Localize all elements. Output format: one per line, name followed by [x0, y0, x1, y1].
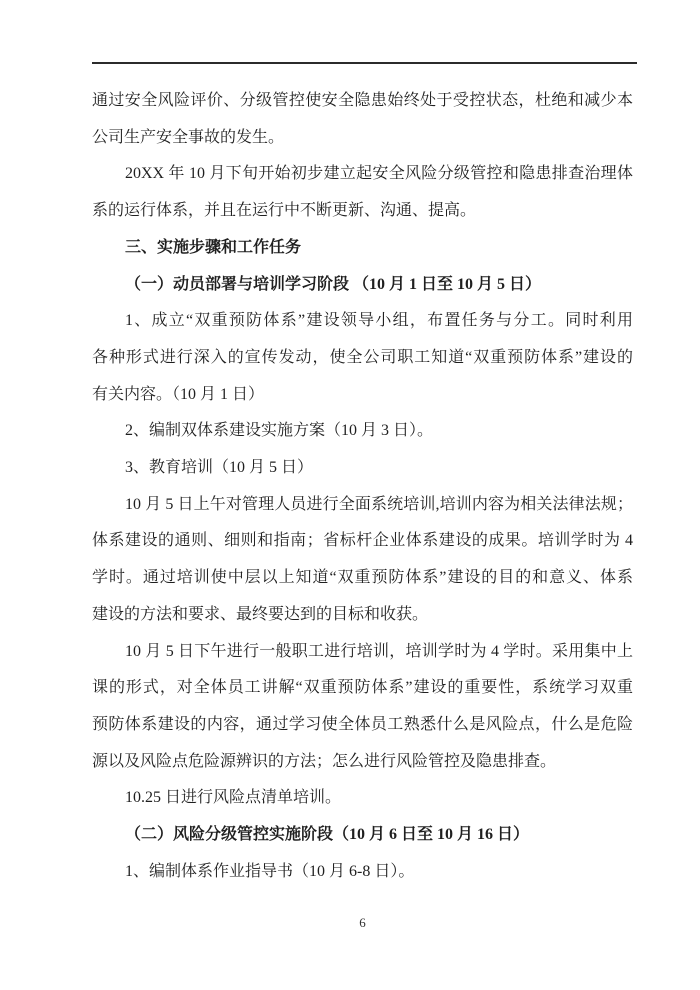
text-line: 源以及风险点危险源辨识的方法；怎么进行风险管控及隐患排查。 — [92, 744, 633, 781]
text-line: （二）风险分级管控实施阶段（10 月 6 日至 10 月 16 日） — [92, 817, 633, 854]
text-line: 系的运行体系，并且在运行中不断更新、沟通、提高。 — [92, 193, 633, 230]
header-rule — [92, 62, 637, 64]
text-line: 3、教育培训（10 月 5 日） — [92, 450, 633, 487]
text-line: 10.25 日进行风险点清单培训。 — [92, 780, 633, 817]
text-line: 课的形式，对全体员工讲解“双重预防体系”建设的重要性，系统学习双重 — [92, 670, 633, 707]
text-line: 20XX 年 10 月下旬开始初步建立起安全风险分级管控和隐患排查治理体 — [92, 156, 633, 193]
document-body: 通过安全风险评价、分级管控使安全隐患始终处于受控状态，杜绝和减少本公司生产安全事… — [92, 83, 633, 890]
text-line: 体系建设的通则、细则和指南；省标杆企业体系建设的成果。培训学时为 4 — [92, 523, 633, 560]
document-page: 通过安全风险评价、分级管控使安全隐患始终处于受控状态，杜绝和减少本公司生产安全事… — [0, 0, 700, 990]
page-number: 6 — [92, 913, 633, 933]
text-line: 公司生产安全事故的发生。 — [92, 120, 633, 157]
text-line: 1、编制体系作业指导书（10 月 6-8 日）。 — [92, 854, 633, 891]
text-line: 有关内容。（10 月 1 日） — [92, 377, 633, 414]
text-line: 学时。通过培训使中层以上知道“双重预防体系”建设的目的和意义、体系 — [92, 560, 633, 597]
text-line: 三、实施步骤和工作任务 — [92, 230, 633, 267]
text-line: 2、编制双体系建设实施方案（10 月 3 日）。 — [92, 413, 633, 450]
text-line: 通过安全风险评价、分级管控使安全隐患始终处于受控状态，杜绝和减少本 — [92, 83, 633, 120]
text-line: 各种形式进行深入的宣传发动，使全公司职工知道“双重预防体系”建设的 — [92, 340, 633, 377]
text-line: （一）动员部署与培训学习阶段 （10 月 1 日至 10 月 5 日） — [92, 267, 633, 304]
text-line: 10 月 5 日上午对管理人员进行全面系统培训,培训内容为相关法律法规； — [92, 487, 633, 524]
text-line: 预防体系建设的内容，通过学习使全体员工熟悉什么是风险点，什么是危险 — [92, 707, 633, 744]
text-line: 1、成立“双重预防体系”建设领导小组，布置任务与分工。同时利用 — [92, 303, 633, 340]
text-line: 10 月 5 日下午进行一般职工进行培训，培训学时为 4 学时。采用集中上 — [92, 634, 633, 671]
text-line: 建设的方法和要求、最终要达到的目标和收获。 — [92, 597, 633, 634]
